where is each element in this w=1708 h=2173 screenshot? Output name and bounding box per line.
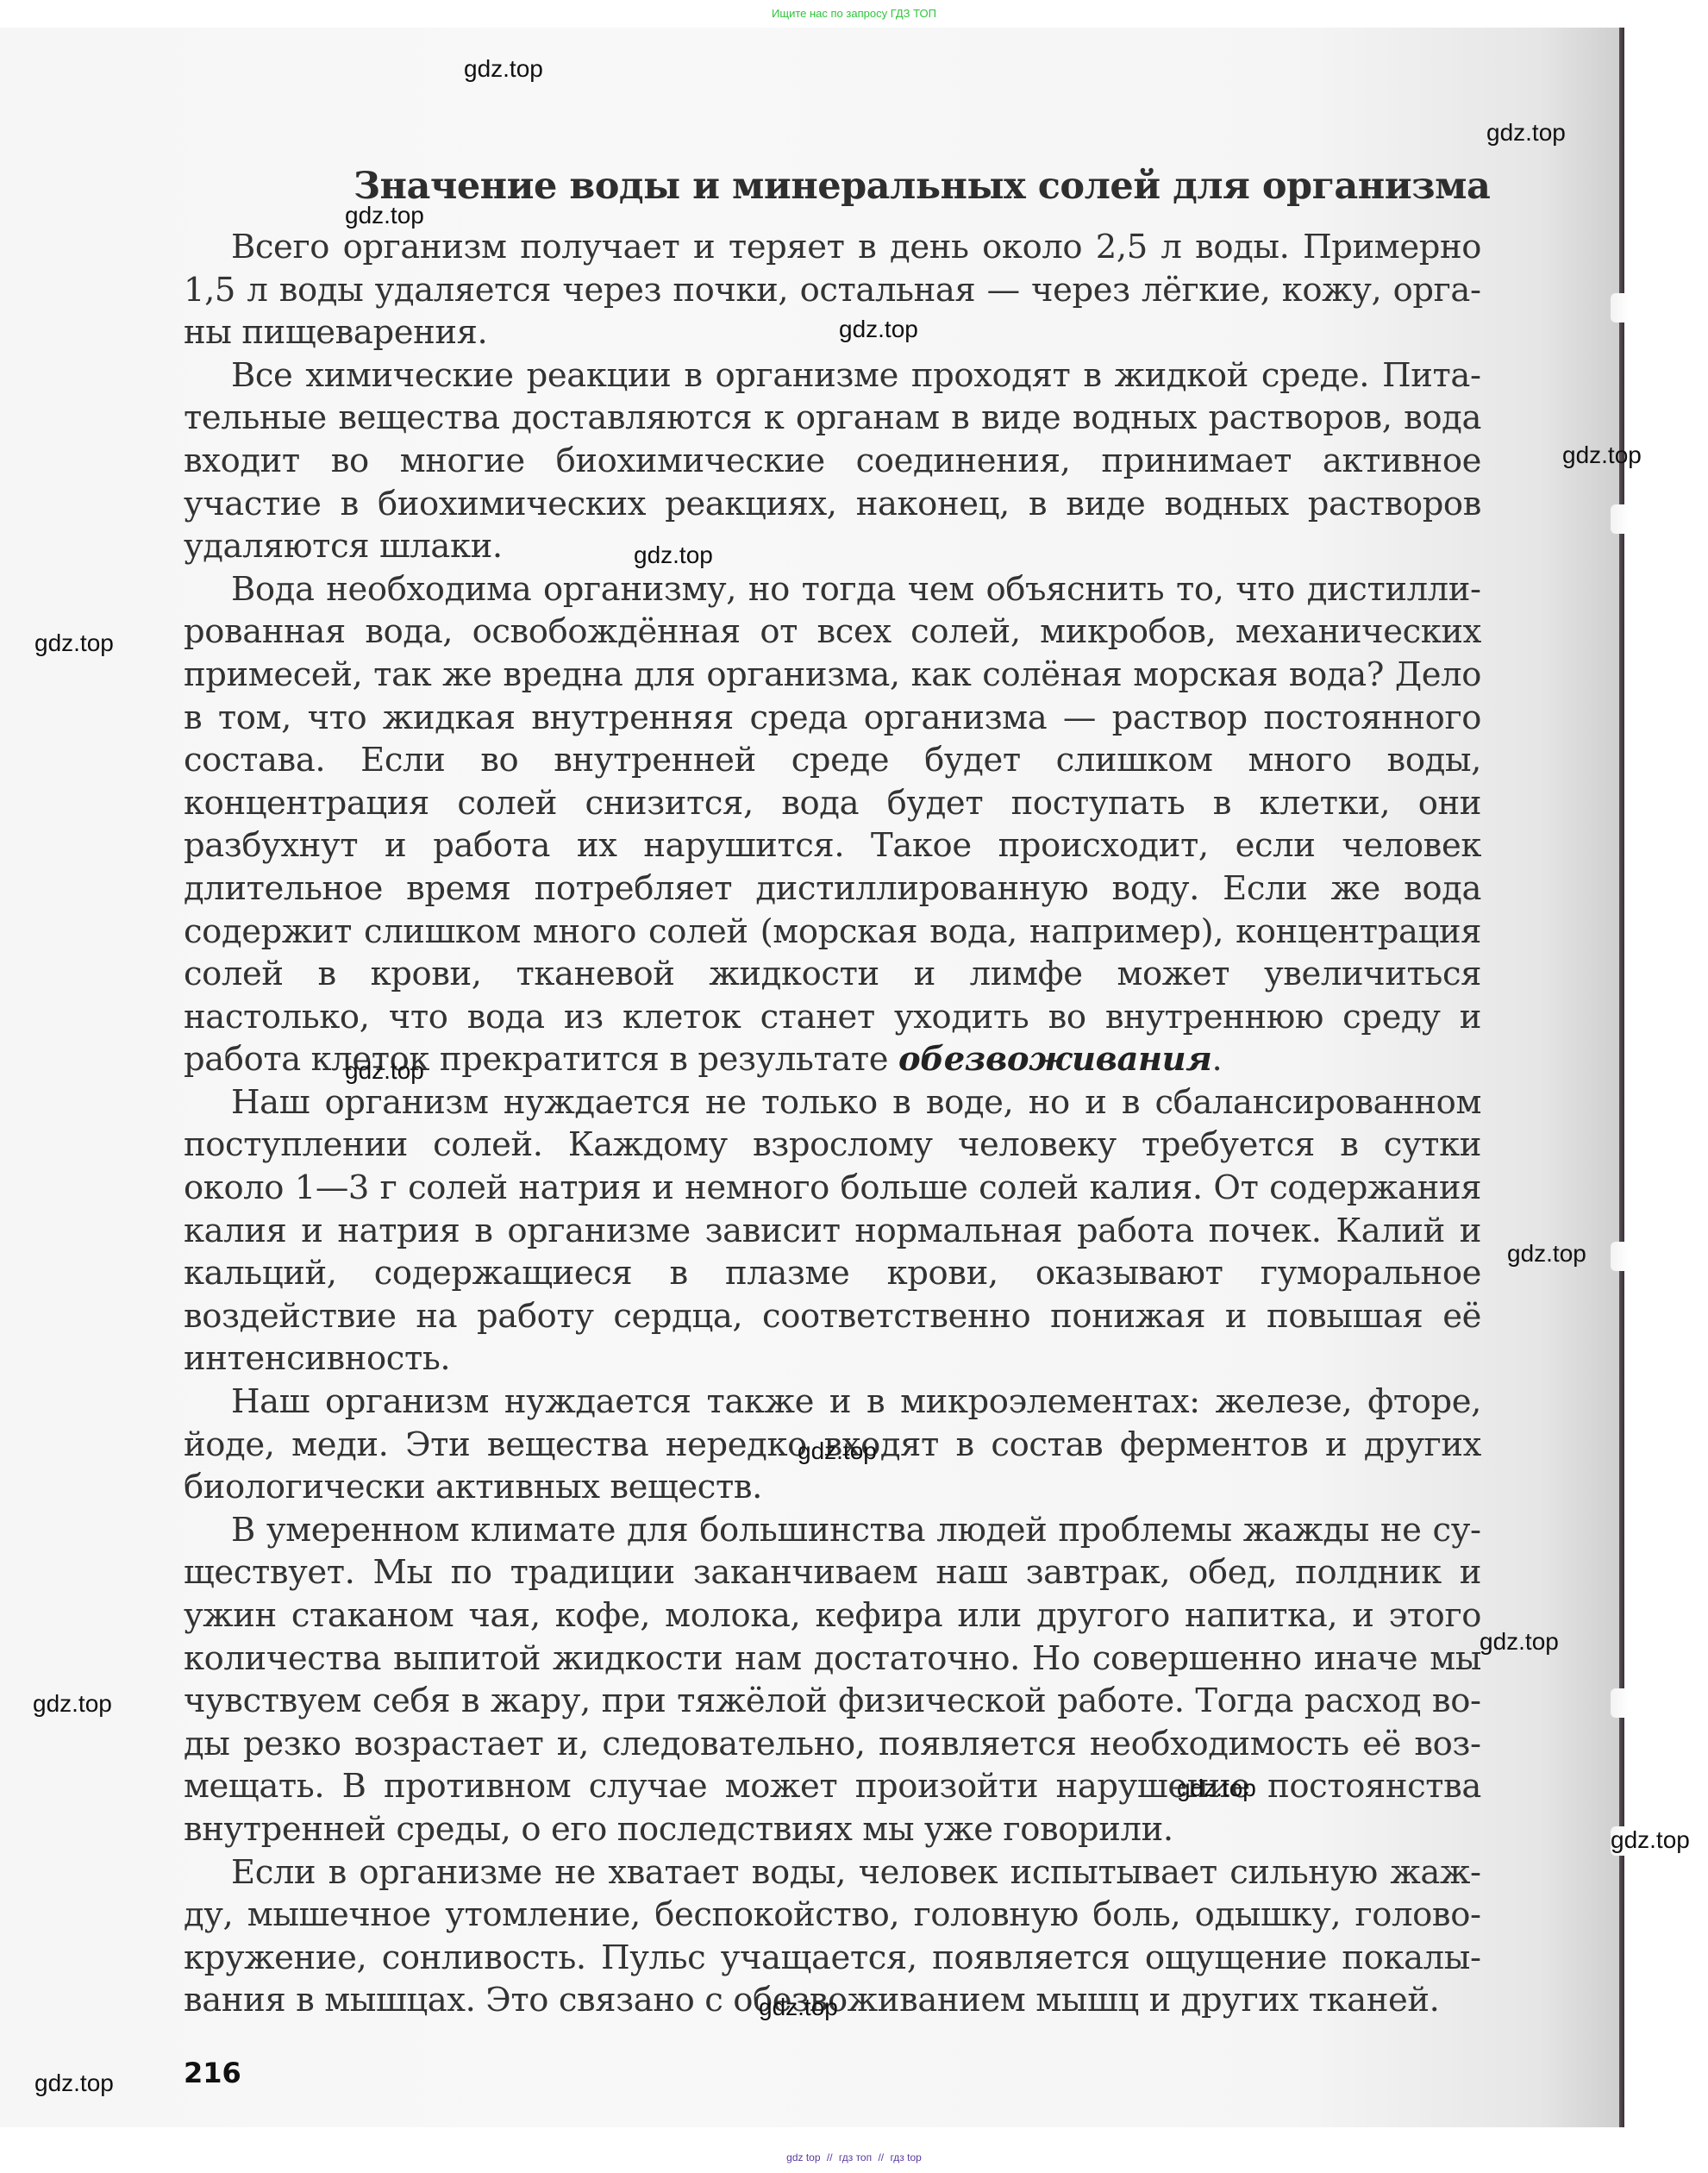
- key-term-dehydration: обезво­живания: [898, 1040, 1212, 1079]
- paragraph-text-end: .: [1212, 1040, 1223, 1079]
- paragraph-chemical-reactions: Все химические реакции в организме прохо…: [184, 354, 1481, 568]
- watermark: gdz.top: [1480, 1628, 1559, 1656]
- watermark: gdz.top: [1486, 119, 1566, 147]
- binder-notch: [1611, 293, 1630, 323]
- watermark: gdz.top: [634, 542, 713, 569]
- body-text: Всего организм получает и теряет в день …: [184, 226, 1481, 2022]
- watermark: gdz.top: [345, 1057, 424, 1085]
- paragraph-salts: Наш организм нуждается не только в воде,…: [184, 1081, 1481, 1381]
- paragraph-water-balance: Всего организм получает и теряет в день …: [184, 226, 1481, 354]
- page-number: 216: [184, 2057, 241, 2089]
- watermark: gdz.top: [798, 1437, 877, 1465]
- footer-link-gdz-top-ru[interactable]: гдз топ: [839, 2151, 872, 2164]
- section-heading: Значение воды и минеральных солей для ор…: [353, 165, 1431, 208]
- watermark: gdz.top: [1177, 1775, 1256, 1802]
- page-edge: [1619, 28, 1624, 2127]
- paragraph-distilled-water: Вода необходима организму, но тогда чем …: [184, 568, 1481, 1081]
- watermark: gdz.top: [1562, 441, 1642, 469]
- binder-notch: [1611, 1688, 1630, 1718]
- footer-link-gdz-top[interactable]: gdz top: [786, 2151, 820, 2164]
- binder-notch: [1611, 1242, 1630, 1271]
- watermark: gdz.top: [1507, 1240, 1586, 1268]
- watermark: gdz.top: [34, 629, 114, 657]
- footer-links: gdz top // гдз топ // гдз top: [0, 2151, 1708, 2164]
- footer-separator: //: [827, 2151, 833, 2164]
- watermark: gdz.top: [34, 2070, 114, 2097]
- watermark: gdz.top: [759, 1994, 838, 2021]
- search-banner[interactable]: Ищите нас по запросу ГДЗ ТОП: [0, 0, 1708, 28]
- watermark: gdz.top: [33, 1690, 112, 1718]
- watermark: gdz.top: [345, 202, 424, 229]
- watermark: gdz.top: [839, 316, 918, 343]
- paragraph-text: Вода необходима организму, но тогда чем …: [184, 570, 1481, 1080]
- paragraph-thirst: В умеренном климате для большинства люде…: [184, 1509, 1481, 1851]
- watermark: gdz.top: [464, 55, 543, 83]
- watermark: gdz.top: [1611, 1826, 1690, 1854]
- footer-link-gdz-top-mixed[interactable]: гдз top: [890, 2151, 921, 2164]
- binder-notch: [1611, 504, 1630, 534]
- footer-separator: //: [878, 2151, 884, 2164]
